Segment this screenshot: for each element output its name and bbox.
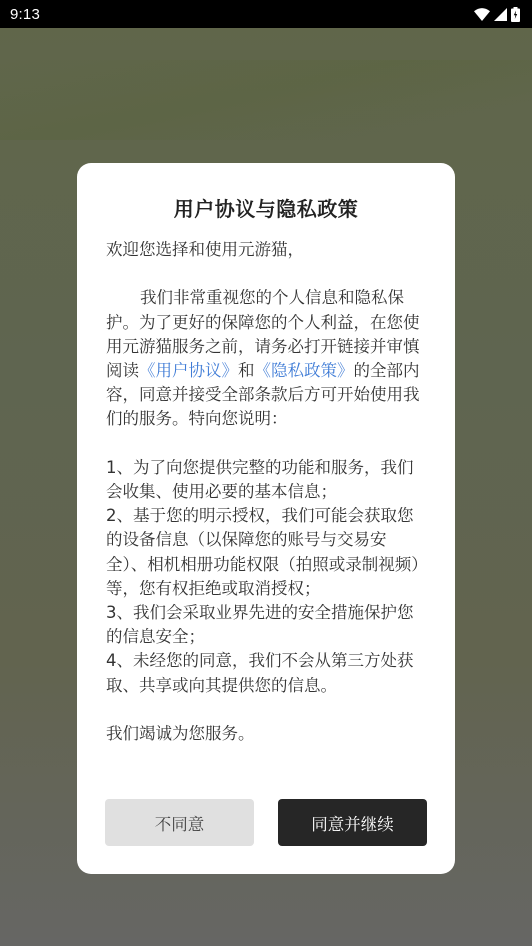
dialog-body[interactable]: 欢迎您选择和使用元游猫， 我们非常重视您的个人信息和隐私保护。为了更好的保障您的…: [106, 238, 426, 746]
decline-button[interactable]: 不同意: [105, 799, 254, 846]
spacer: [106, 262, 426, 286]
policy-item-3: 3、我们会采取业界先进的安全措施保护您的信息安全；: [106, 601, 426, 649]
status-icons: [474, 7, 520, 22]
intro-and-text: 和: [238, 361, 255, 380]
intro-paragraph: 我们非常重视您的个人信息和隐私保护。为了更好的保障您的个人利益，在您使用元游猫服…: [106, 286, 426, 431]
agree-and-continue-button[interactable]: 同意并继续: [278, 799, 427, 846]
policy-item-2: 2、基于您的明示授权，我们可能会获取您的设备信息（以保障您的账号与交易安全）、相…: [106, 504, 426, 601]
closing-text: 我们竭诚为您服务。: [106, 722, 426, 746]
background-decoration: [0, 60, 532, 140]
dialog-title: 用户协议与隐私政策: [77, 193, 455, 222]
wifi-icon: [474, 8, 490, 21]
spacer: [106, 432, 426, 456]
policy-item-4: 4、未经您的同意，我们不会从第三方处获取、共享或向其提供您的信息。: [106, 649, 426, 697]
status-bar: 9:13: [0, 0, 532, 28]
cellular-signal-icon: [494, 8, 507, 21]
spacer: [106, 698, 426, 722]
battery-charging-icon: [511, 7, 520, 22]
policy-item-1: 1、为了向您提供完整的功能和服务，我们会收集、使用必要的基本信息；: [106, 456, 426, 504]
status-time: 9:13: [10, 6, 40, 23]
greeting-text: 欢迎您选择和使用元游猫，: [106, 238, 426, 262]
user-agreement-link[interactable]: 《用户协议》: [139, 361, 238, 380]
privacy-policy-link[interactable]: 《隐私政策》: [255, 361, 354, 380]
privacy-consent-dialog: 用户协议与隐私政策 欢迎您选择和使用元游猫， 我们非常重视您的个人信息和隐私保护…: [77, 163, 455, 874]
